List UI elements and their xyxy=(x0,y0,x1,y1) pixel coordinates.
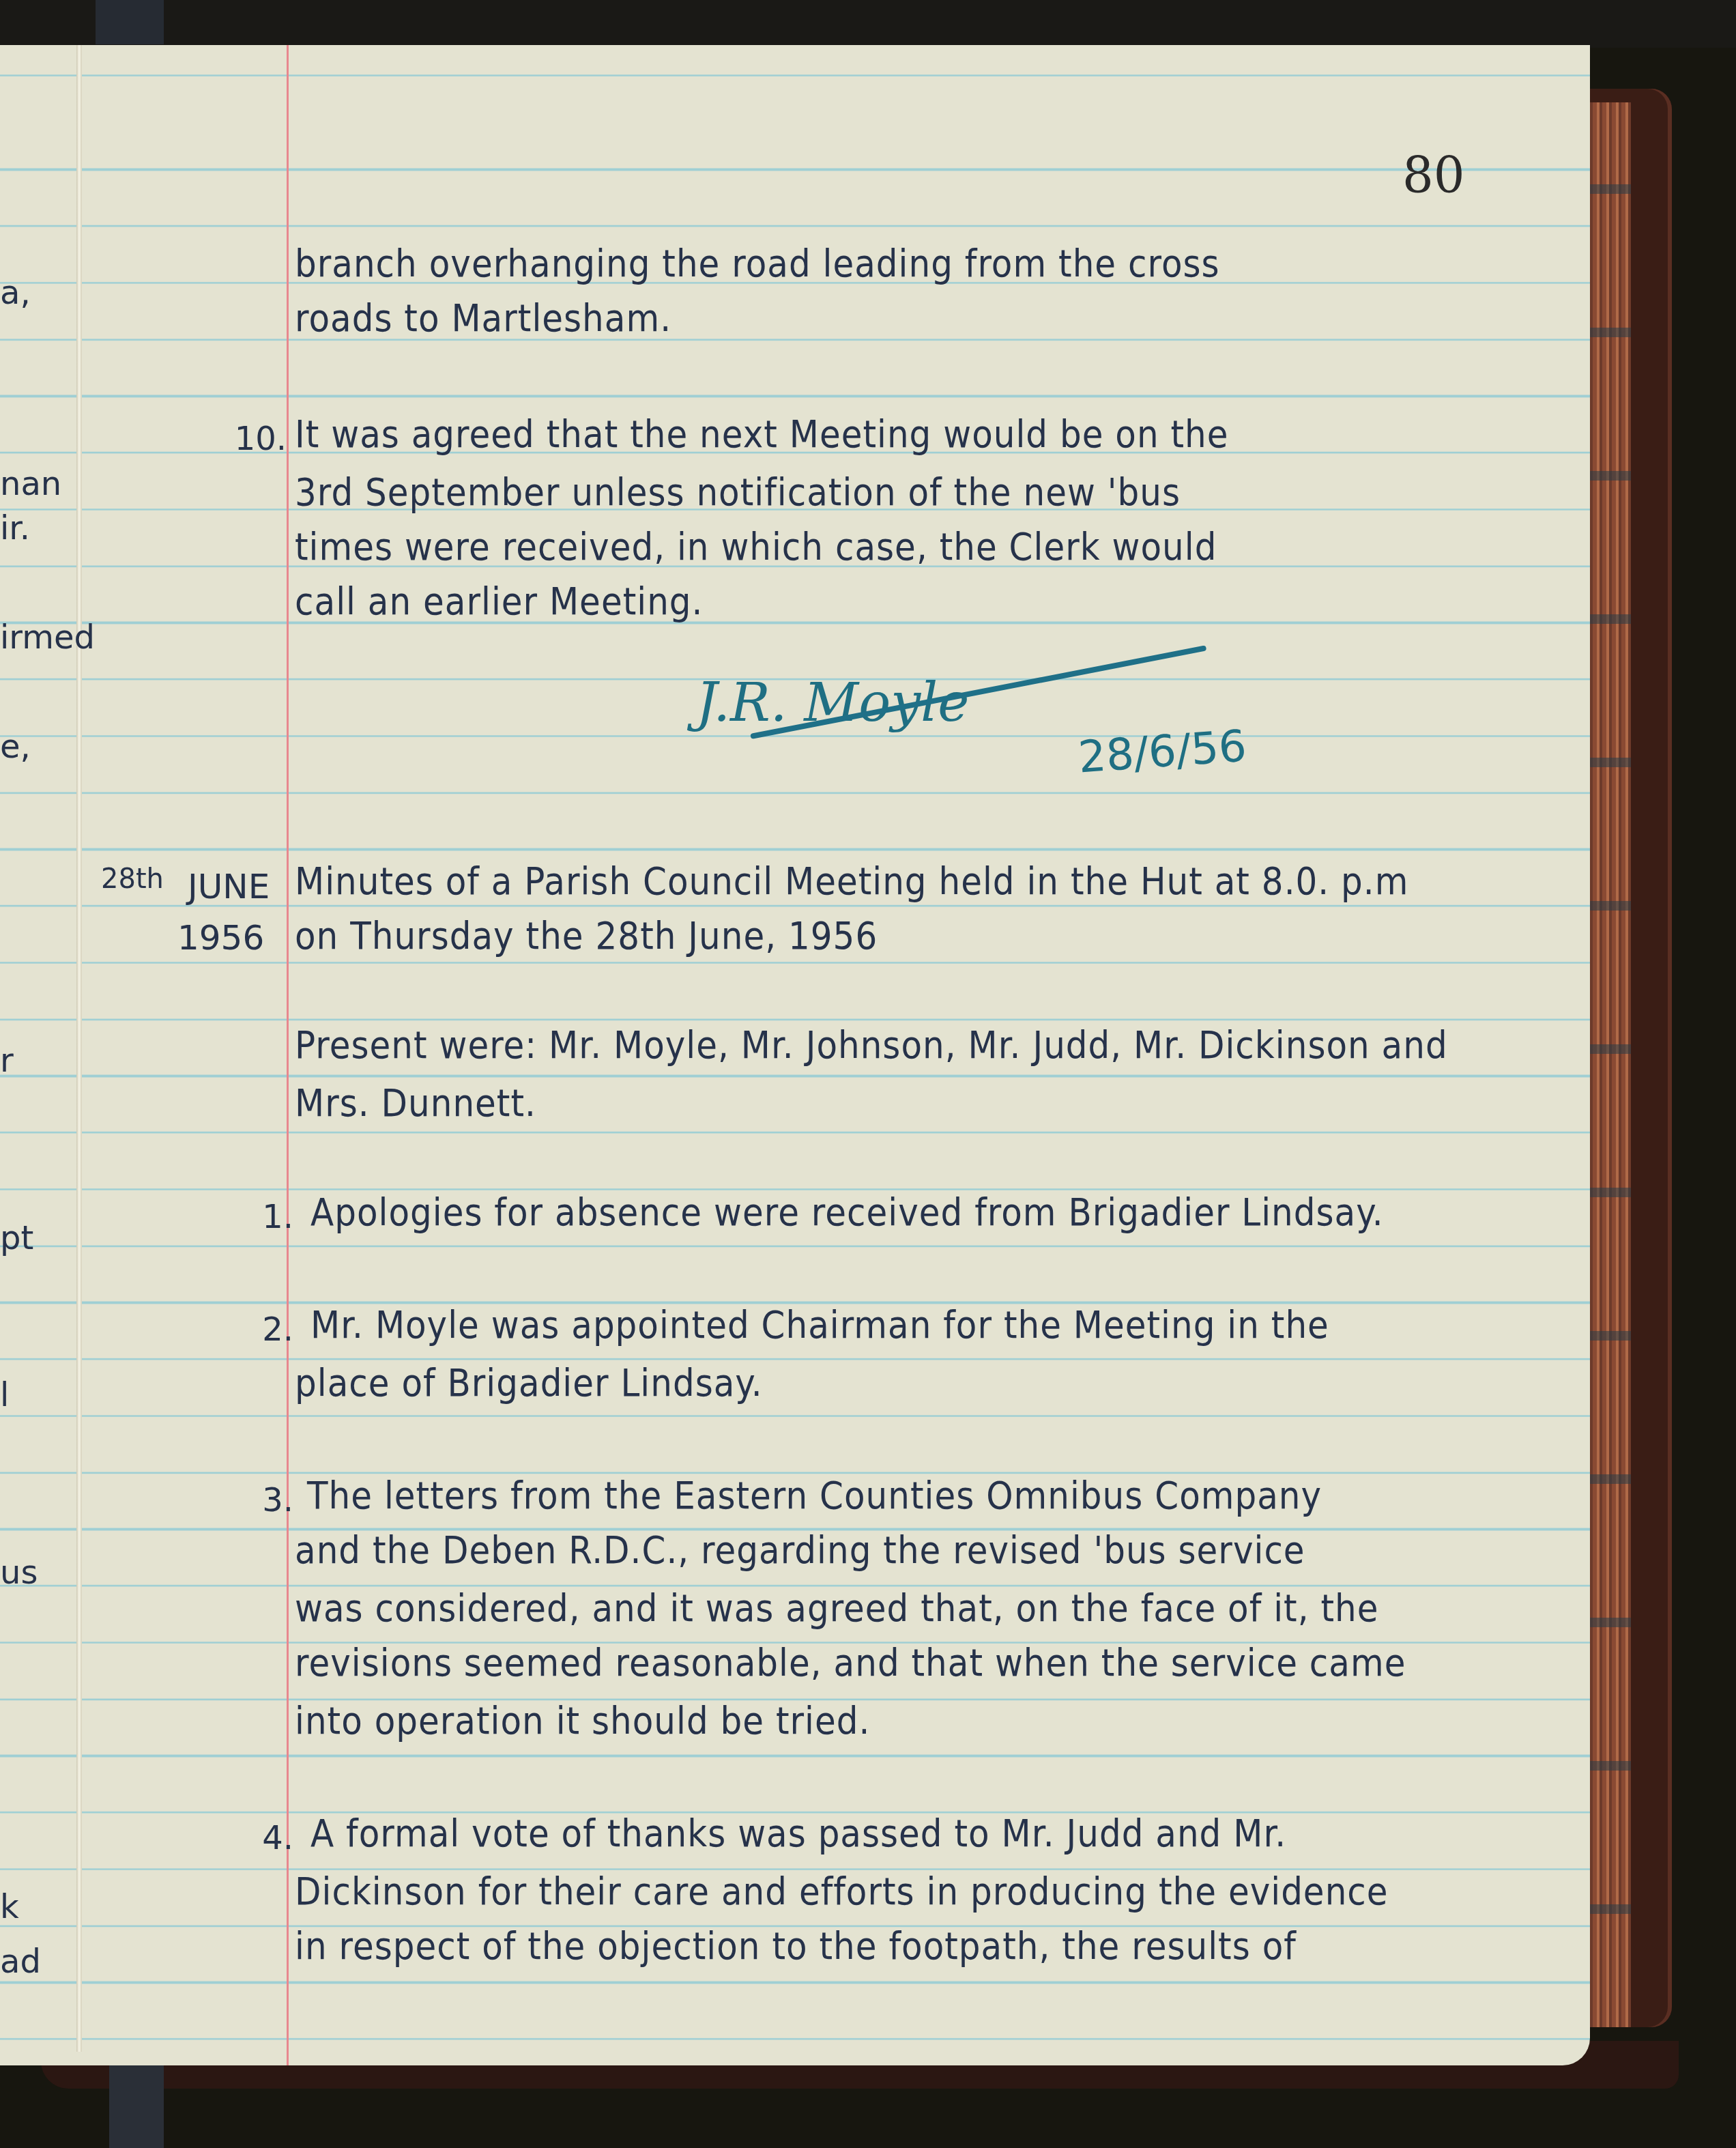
text-line: in respect of the objection to the footp… xyxy=(295,1923,1297,1968)
text-line: branch overhanging the road leading from… xyxy=(295,241,1220,285)
text-line: was considered, and it was agreed that, … xyxy=(295,1586,1379,1630)
item-number: 2. xyxy=(259,1311,293,1349)
left-fragment: irmed xyxy=(0,618,95,657)
left-fragment: ir. xyxy=(0,509,30,547)
text-line: Mrs. Dunnett. xyxy=(295,1080,536,1125)
left-fragment: pt xyxy=(0,1219,33,1257)
text-line: roads to Martlesham. xyxy=(295,296,671,340)
text-line: on Thursday the 28th June, 1956 xyxy=(295,913,878,958)
left-fragment: a, xyxy=(0,274,31,312)
text-line: Dickinson for their care and efforts in … xyxy=(295,1869,1389,1913)
text-line: Apologies for absence were received from… xyxy=(310,1190,1384,1234)
text-line: It was agreed that the next Meeting woul… xyxy=(295,412,1229,456)
item-number: 4. xyxy=(259,1819,293,1857)
bookmark-ribbon xyxy=(96,0,164,44)
text-line: call an earlier Meeting. xyxy=(295,579,703,623)
item-number: 3. xyxy=(259,1481,293,1519)
margin-date-month: JUNE xyxy=(188,867,270,906)
left-fragment: nan xyxy=(0,465,61,503)
text-line: into operation it should be tried. xyxy=(295,1698,870,1743)
text-line: 3rd September unless notification of the… xyxy=(295,470,1181,514)
margin-date-day: 28th xyxy=(101,863,164,895)
bookmark-ribbon-tail xyxy=(109,2058,164,2148)
page-number: 80 xyxy=(1402,147,1465,204)
red-margin-line xyxy=(287,45,289,2065)
text-line: and the Deben R.D.C., regarding the revi… xyxy=(295,1528,1305,1572)
book-gutter xyxy=(76,45,82,2052)
item-number: 10. xyxy=(232,420,287,458)
text-line: Present were: Mr. Moyle, Mr. Johnson, Mr… xyxy=(295,1022,1448,1067)
text-line: A formal vote of thanks was passed to Mr… xyxy=(310,1811,1286,1855)
left-fragment: e, xyxy=(0,728,31,766)
text-line: place of Brigadier Lindsay. xyxy=(295,1360,763,1405)
left-page-edge: a, nan ir. irmed e, r pt l us k ad xyxy=(0,45,76,2052)
margin-date-year: 1956 xyxy=(177,918,264,958)
left-fragment: r xyxy=(0,1042,14,1080)
item-number: 1. xyxy=(259,1198,293,1236)
book-top-shadow xyxy=(0,0,1736,48)
text-line: The letters from the Eastern Counties Om… xyxy=(307,1473,1322,1517)
left-fragment: k xyxy=(0,1888,19,1926)
left-fragment: ad xyxy=(0,1943,41,1981)
text-line: times were received, in which case, the … xyxy=(295,524,1217,569)
left-fragment: us xyxy=(0,1553,38,1592)
text-line: Mr. Moyle was appointed Chairman for the… xyxy=(310,1302,1329,1347)
marbled-page-edges xyxy=(1583,102,1631,2027)
text-line: revisions seemed reasonable, and that wh… xyxy=(295,1640,1406,1685)
left-fragment: l xyxy=(0,1376,9,1414)
text-line: Minutes of a Parish Council Meeting held… xyxy=(295,859,1408,903)
